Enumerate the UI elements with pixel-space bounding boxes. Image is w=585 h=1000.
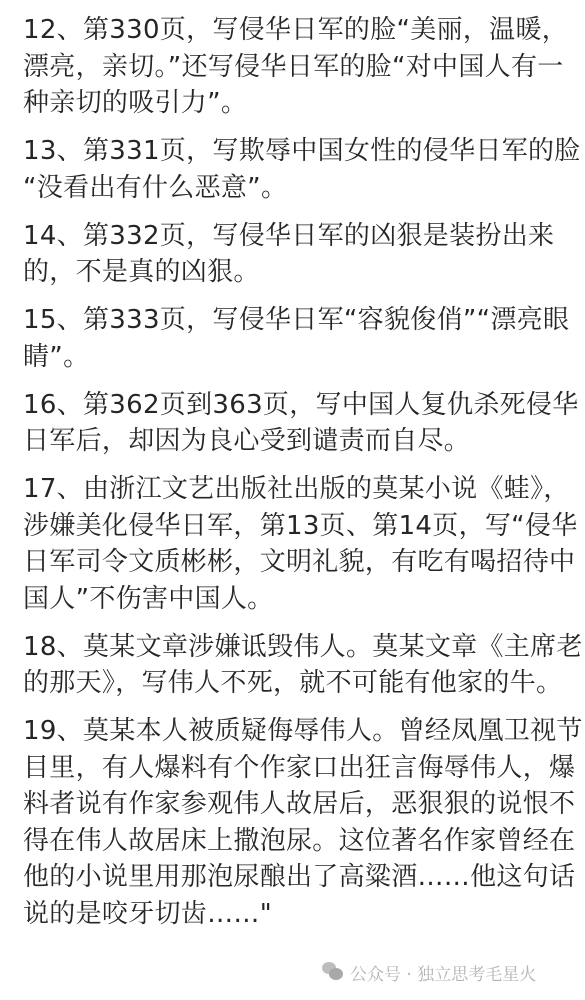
paragraph-16: 16、第362页到363页，写中国人复仇杀死侵华 日军后，却因为良心受到谴责而自… <box>23 387 568 460</box>
paragraph-17: 17、由浙江文艺出版社出版的莫某小说《蛙》， 涉嫌美化侵华日军，第13页、第14… <box>23 471 568 617</box>
watermark-text: 公众号 · 独立思考毛星火 <box>350 960 536 985</box>
document-body: 12、第330页，写侵华日军的脸“美丽，温暖， 漂亮，亲切。”还写侵华日军的脸“… <box>23 12 568 944</box>
text-line: 19、莫某本人被质疑侮辱伟人。曾经凤凰卫视节 <box>23 713 568 750</box>
text-line: 国人”不伤害中国人。 <box>23 581 568 618</box>
paragraph-15: 15、第333页，写侵华日军“容貌俊俏”“漂亮眼 睛”。 <box>23 302 568 375</box>
text-line: 日军司令文质彬彬，文明礼貌，有吃有喝招待中 <box>23 544 568 581</box>
text-line: 14、第332页，写侵华日军的凶狠是装扮出来 <box>23 218 568 255</box>
text-line: 日军后，却因为良心受到谴责而自尽。 <box>23 423 568 460</box>
text-line: 17、由浙江文艺出版社出版的莫某小说《蛙》， <box>23 471 568 508</box>
text-line: 料者说有作家参观伟人故居后，恶狠狠的说恨不 <box>23 786 568 823</box>
paragraph-19: 19、莫某本人被质疑侮辱伟人。曾经凤凰卫视节 目里，有人爆料有个作家口出狂言侮辱… <box>23 713 568 932</box>
text-line: 13、第331页，写欺辱中国女性的侵华日军的脸 <box>23 133 568 170</box>
watermark: 公众号 · 独立思考毛星火 <box>322 958 536 986</box>
paragraph-12: 12、第330页，写侵华日军的脸“美丽，温暖， 漂亮，亲切。”还写侵华日军的脸“… <box>23 12 568 122</box>
text-line: 18、莫某文章涉嫌诋毁伟人。莫某文章《主席老 <box>23 629 568 666</box>
text-line: 的，不是真的凶狠。 <box>23 254 568 291</box>
text-line: 漂亮，亲切。”还写侵华日军的脸“对中国人有一 <box>23 49 568 86</box>
text-line: 15、第333页，写侵华日军“容貌俊俏”“漂亮眼 <box>23 302 568 339</box>
text-line: 16、第362页到363页，写中国人复仇杀死侵华 <box>23 387 568 424</box>
text-line: 种亲切的吸引力”。 <box>23 85 568 122</box>
text-line: 目里，有人爆料有个作家口出狂言侮辱伟人，爆 <box>23 750 568 787</box>
text-line: 涉嫌美化侵华日军，第13页、第14页，写“侵华 <box>23 508 568 545</box>
wechat-icon <box>322 962 344 982</box>
text-line: 的那天》，写伟人不死，就不可能有他家的牛。 <box>23 665 568 702</box>
text-line: 他的小说里用那泡尿酿出了高粱酒……他这句话 <box>23 859 568 896</box>
paragraph-13: 13、第331页，写欺辱中国女性的侵华日军的脸 “没看出有什么恶意”。 <box>23 133 568 206</box>
text-line: 睛”。 <box>23 339 568 376</box>
paragraph-18: 18、莫某文章涉嫌诋毁伟人。莫某文章《主席老 的那天》，写伟人不死，就不可能有他… <box>23 629 568 702</box>
text-line: 得在伟人故居床上撒泡尿。这位著名作家曾经在 <box>23 823 568 860</box>
text-line: 说的是咬牙切齿……" <box>23 896 568 933</box>
text-line: 12、第330页，写侵华日军的脸“美丽，温暖， <box>23 12 568 49</box>
paragraph-14: 14、第332页，写侵华日军的凶狠是装扮出来 的，不是真的凶狠。 <box>23 218 568 291</box>
text-line: “没看出有什么恶意”。 <box>23 170 568 207</box>
